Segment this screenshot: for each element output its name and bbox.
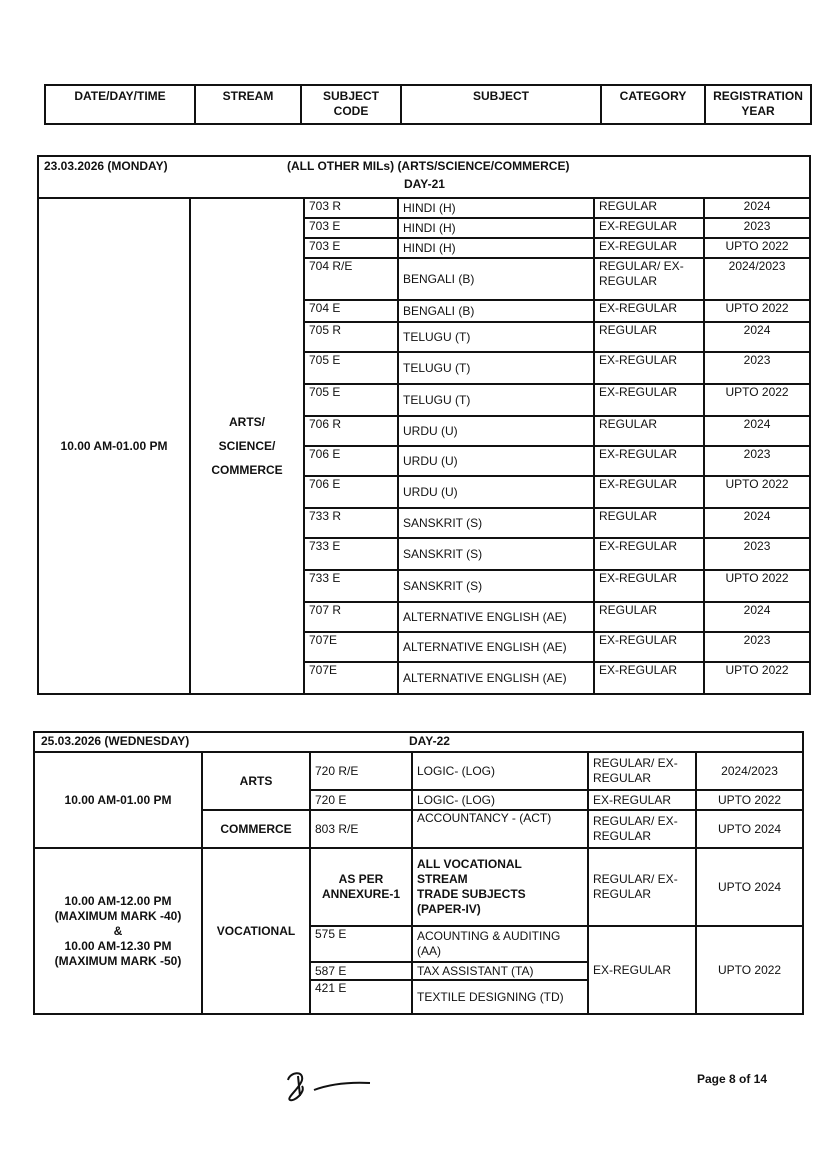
registration-year: UPTO 2022 (704, 476, 810, 508)
category: EX-REGULAR (594, 476, 704, 508)
day22-heading: 25.03.2026 (WEDNESDAY) DAY-22 (34, 732, 803, 752)
category: EX-REGULAR (594, 384, 704, 416)
subject-name: URDU (U) (398, 476, 594, 508)
subject-code: AS PER ANNEXURE-1 (310, 848, 412, 926)
registration-year: UPTO 2024 (696, 810, 803, 848)
subject-name: ACOUNTING & AUDITING (AA) (412, 926, 588, 962)
time-line: 10.00 AM-12.30 PM (39, 939, 197, 954)
subject-code: 705 E (304, 352, 398, 384)
subject-name: BENGALI (B) (398, 258, 594, 300)
day21-time: 10.00 AM-01.00 PM (38, 198, 190, 694)
subject-name: SANSKRIT (S) (398, 570, 594, 602)
category: EX-REGULAR (594, 632, 704, 662)
subject-name: SANSKRIT (S) (398, 508, 594, 538)
subject-name: TEXTILE DESIGNING (TD) (412, 980, 588, 1014)
subject-code: 733 E (304, 570, 398, 602)
subject-name: TELUGU (T) (398, 322, 594, 352)
day22-schedule-table: 25.03.2026 (WEDNESDAY) DAY-22 10.00 AM-0… (33, 731, 804, 1015)
subject-code: 421 E (310, 980, 412, 1014)
subject-name: ALTERNATIVE ENGLISH (AE) (398, 602, 594, 632)
category: REGULAR (594, 322, 704, 352)
registration-year: UPTO 2022 (704, 570, 810, 602)
subject-code: 703 R (304, 198, 398, 218)
category: EX-REGULAR (594, 352, 704, 384)
subject-line: ALL VOCATIONAL (417, 857, 583, 872)
subject-name: URDU (U) (398, 416, 594, 446)
subject-code: 587 E (310, 962, 412, 980)
registration-year: 2024 (704, 508, 810, 538)
subject-name: ACCOUNTANCY - (ACT) (412, 810, 588, 848)
category: EX-REGULAR (594, 218, 704, 238)
category: EX-REGULAR (588, 790, 696, 810)
table-row: 10.00 AM-01.00 PMARTS/SCIENCE/COMMERCE70… (38, 198, 810, 218)
category: EX-REGULAR (594, 238, 704, 258)
subject-line: STREAM (417, 872, 583, 887)
stream-line: COMMERCE (195, 458, 299, 482)
registration-year: UPTO 2022 (704, 238, 810, 258)
subject-code: 706 E (304, 476, 398, 508)
header-date-day-time: DATE/DAY/TIME (45, 85, 195, 124)
category: EX-REGULAR (594, 300, 704, 322)
subject-name: TELUGU (T) (398, 384, 594, 416)
subject-name: ALTERNATIVE ENGLISH (AE) (398, 632, 594, 662)
subject-code: 703 E (304, 238, 398, 258)
category: EX-REGULAR (594, 570, 704, 602)
day21-subtitle: (ALL OTHER MILs) (ARTS/SCIENCE/COMMERCE) (287, 159, 569, 174)
page-number: Page 8 of 14 (697, 1072, 767, 1086)
day21-date: 23.03.2026 (MONDAY) (44, 159, 168, 174)
registration-year: 2023 (704, 632, 810, 662)
category: REGULAR (594, 508, 704, 538)
subject-name: LOGIC- (LOG) (412, 752, 588, 790)
registration-year: 2023 (704, 446, 810, 476)
category: REGULAR/ EX-REGULAR (594, 258, 704, 300)
subject-line: TRADE SUBJECTS (417, 887, 583, 902)
registration-year: UPTO 2022 (704, 662, 810, 694)
day22-date: 25.03.2026 (WEDNESDAY) (41, 734, 189, 749)
time-line: & (39, 924, 197, 939)
time-line: (MAXIMUM MARK -50) (39, 954, 197, 969)
registration-year: UPTO 2024 (696, 848, 803, 926)
subject-name: HINDI (H) (398, 198, 594, 218)
subject-name: HINDI (H) (398, 238, 594, 258)
subject-code: 733 R (304, 508, 398, 538)
subject-line: (PAPER-IV) (417, 902, 583, 917)
header-subject: SUBJECT (401, 85, 601, 124)
time-line: 10.00 AM-12.00 PM (39, 894, 197, 909)
subject-code: 703 E (304, 218, 398, 238)
subject-name: LOGIC- (LOG) (412, 790, 588, 810)
day21-day-label: DAY-21 (404, 177, 445, 192)
signature-mark (280, 1068, 380, 1108)
registration-year: UPTO 2022 (704, 300, 810, 322)
subject-code: 733 E (304, 538, 398, 570)
day21-schedule-table: 23.03.2026 (MONDAY) (ALL OTHER MILs) (AR… (37, 155, 811, 695)
subject-name: ALTERNATIVE ENGLISH (AE) (398, 662, 594, 694)
registration-year: 2024 (704, 416, 810, 446)
category: REGULAR (594, 416, 704, 446)
subject-code: 720 R/E (310, 752, 412, 790)
category: EX-REGULAR (594, 662, 704, 694)
day22-stream-arts: ARTS (202, 752, 310, 810)
category: EX-REGULAR (594, 538, 704, 570)
day22-day-label: DAY-22 (409, 734, 450, 749)
registration-year: 2024 (704, 198, 810, 218)
day22-stream-vocational: VOCATIONAL (202, 848, 310, 1014)
subject-code: 706 R (304, 416, 398, 446)
header-stream: STREAM (195, 85, 301, 124)
subject-name: TELUGU (T) (398, 352, 594, 384)
subject-code: 705 R (304, 322, 398, 352)
subject-name: BENGALI (B) (398, 300, 594, 322)
day21-heading: 23.03.2026 (MONDAY) (ALL OTHER MILs) (AR… (38, 156, 810, 198)
subject-code: 707E (304, 632, 398, 662)
category: REGULAR/ EX-REGULAR (588, 752, 696, 790)
day22-time-block1: 10.00 AM-01.00 PM (34, 752, 202, 848)
subject-code: 707E (304, 662, 398, 694)
stream-line: ARTS/ (195, 410, 299, 434)
category: REGULAR/ EX-REGULAR (588, 810, 696, 848)
registration-year: UPTO 2022 (704, 384, 810, 416)
subject-code: 704 E (304, 300, 398, 322)
subject-code: 705 E (304, 384, 398, 416)
registration-year: UPTO 2022 (696, 926, 803, 1014)
header-registration-year: REGISTRATION YEAR (705, 85, 811, 124)
category: EX-REGULAR (594, 446, 704, 476)
day22-time-block2: 10.00 AM-12.00 PM (MAXIMUM MARK -40) & 1… (34, 848, 202, 1014)
subject-code: 720 E (310, 790, 412, 810)
stream-line: SCIENCE/ (195, 434, 299, 458)
registration-year: 2023 (704, 352, 810, 384)
day21-stream: ARTS/SCIENCE/COMMERCE (190, 198, 304, 694)
registration-year: 2023 (704, 218, 810, 238)
category: EX-REGULAR (588, 926, 696, 1014)
registration-year: UPTO 2022 (696, 790, 803, 810)
subject-name: TAX ASSISTANT (TA) (412, 962, 588, 980)
registration-year: 2023 (704, 538, 810, 570)
subject-code: 803 R/E (310, 810, 412, 848)
category: REGULAR/ EX-REGULAR (588, 848, 696, 926)
header-subject-code: SUBJECT CODE (301, 85, 401, 124)
subject-code: 706 E (304, 446, 398, 476)
header-category: CATEGORY (601, 85, 705, 124)
subject-name: SANSKRIT (S) (398, 538, 594, 570)
subject-code: 707 R (304, 602, 398, 632)
subject-name: URDU (U) (398, 446, 594, 476)
category: REGULAR (594, 602, 704, 632)
subject-name: HINDI (H) (398, 218, 594, 238)
subject-code: 575 E (310, 926, 412, 962)
registration-year: 2024/2023 (704, 258, 810, 300)
time-line: (MAXIMUM MARK -40) (39, 909, 197, 924)
category: REGULAR (594, 198, 704, 218)
registration-year: 2024/2023 (696, 752, 803, 790)
registration-year: 2024 (704, 322, 810, 352)
column-header-table: DATE/DAY/TIME STREAM SUBJECT CODE SUBJEC… (44, 84, 812, 125)
day22-stream-commerce: COMMERCE (202, 810, 310, 848)
subject-name: ALL VOCATIONAL STREAM TRADE SUBJECTS (PA… (412, 848, 588, 926)
registration-year: 2024 (704, 602, 810, 632)
subject-code: 704 R/E (304, 258, 398, 300)
